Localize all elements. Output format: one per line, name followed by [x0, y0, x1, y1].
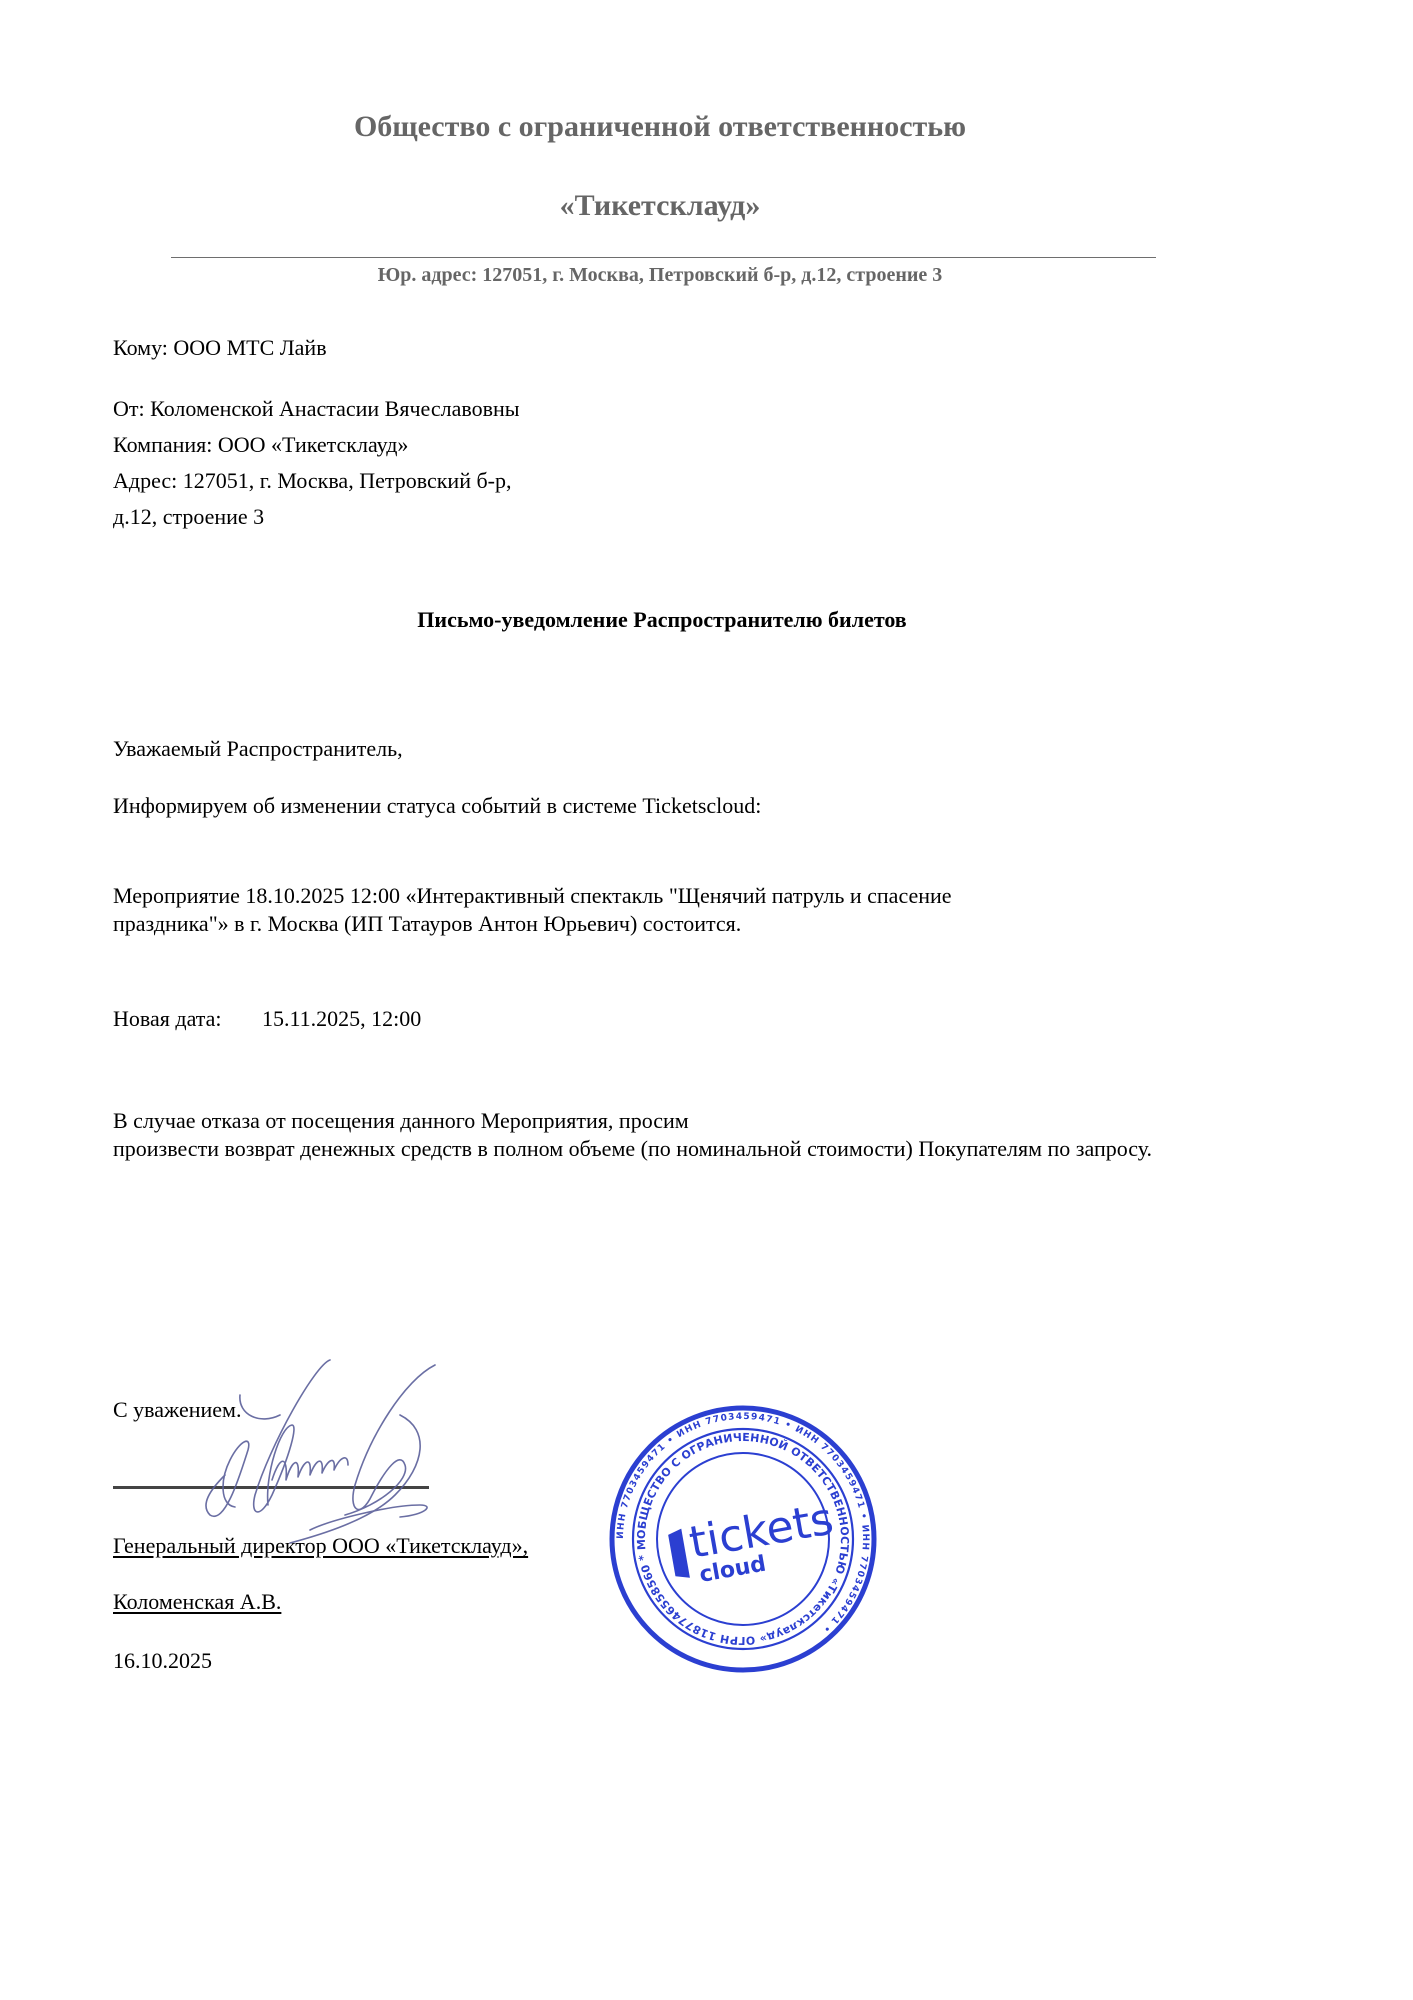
- greeting: Уважаемый Распространитель,: [113, 735, 403, 763]
- stamp-logo-mark-icon: [667, 1529, 689, 1581]
- sender-company-line: Компания: ООО «Тикетсклауд»: [113, 431, 408, 459]
- letter-heading: Письмо-уведомление Распространителю биле…: [0, 607, 1324, 633]
- letterhead-legal-address: Юр. адрес: 127051, г. Москва, Петровский…: [0, 264, 1320, 287]
- new-date-value: 15.11.2025, 12:00: [262, 1005, 421, 1033]
- refund-paragraph-line-2: произвести возврат денежных средств в по…: [113, 1135, 1152, 1163]
- sender-line: От: Коломенской Анастасии Вячеславовны: [113, 395, 520, 423]
- letter-date: 16.10.2025: [113, 1647, 212, 1675]
- sender-address-line-2: д.12, строение 3: [113, 503, 264, 531]
- handwritten-signature-icon: [180, 1355, 460, 1555]
- letterhead-org-name: «Тикетсклауд»: [0, 189, 1320, 223]
- letterhead-divider: [171, 257, 1156, 258]
- event-description-line-1: Мероприятие 18.10.2025 12:00 «Интерактив…: [113, 882, 952, 910]
- recipient-line: Кому: ООО МТС Лайв: [113, 334, 327, 362]
- event-description-line-2: праздника"» в г. Москва (ИП Татауров Ант…: [113, 910, 741, 938]
- signatory-name: Коломенская А.В.: [113, 1588, 281, 1616]
- letterhead-org-type: Общество с ограниченной ответственностью: [0, 110, 1320, 144]
- refund-paragraph-line-1: В случае отказа от посещения данного Мер…: [113, 1107, 689, 1135]
- company-stamp-icon: ИНН 7703459471 • ИНН 7703459471 • ИНН 77…: [608, 1404, 878, 1674]
- new-date-label: Новая дата:: [113, 1005, 222, 1033]
- intro-paragraph: Информируем об изменении статуса событий…: [113, 792, 761, 820]
- sender-address-line-1: Адрес: 127051, г. Москва, Петровский б-р…: [113, 467, 512, 495]
